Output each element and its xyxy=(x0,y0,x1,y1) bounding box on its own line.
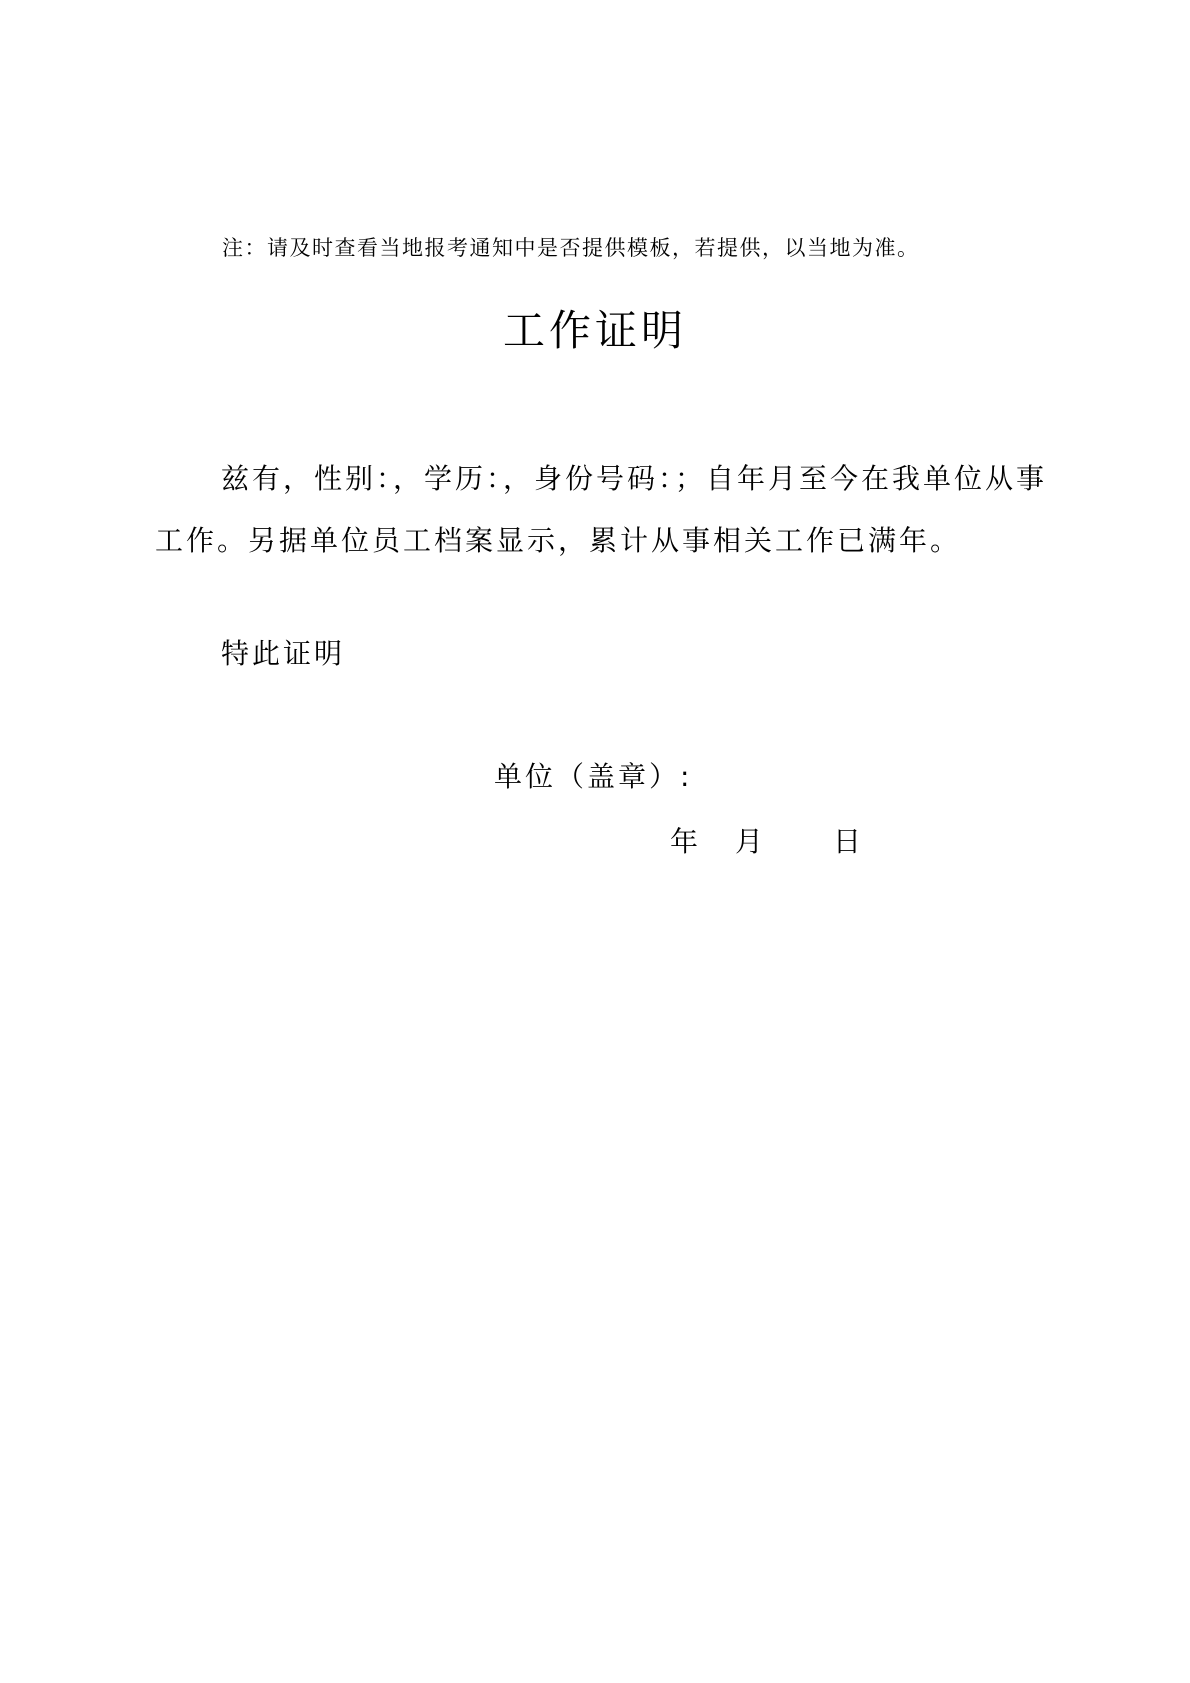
template-note: 注：请及时查看当地报考通知中是否提供模板，若提供，以当地为准。 xyxy=(222,232,920,262)
closing-statement: 特此证明 xyxy=(221,632,345,672)
certificate-paragraph: 兹有，性别：，学历：，身份号码：；自年月至今在我单位从事工作。另据单位员工档案显… xyxy=(155,448,1055,572)
document-title: 工作证明 xyxy=(0,298,1190,358)
date-day-label: 日 xyxy=(833,820,861,860)
seal-label: 单位（盖章）: xyxy=(494,755,692,795)
date-month-label: 月 xyxy=(735,820,763,860)
date-year-label: 年 xyxy=(670,820,698,860)
